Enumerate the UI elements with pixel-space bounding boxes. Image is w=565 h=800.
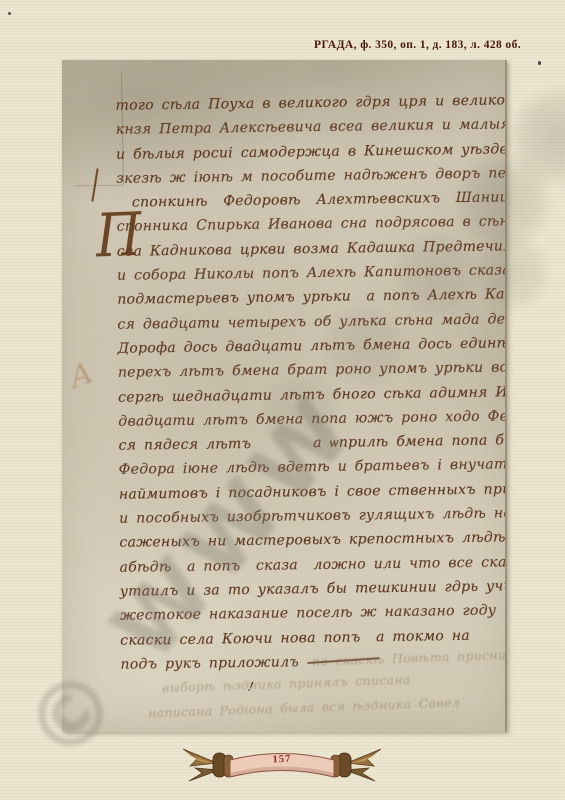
manuscript-text: того сѣла Поуха в великого гдря цря и ве… xyxy=(115,89,507,676)
manuscript-page: П А того сѣла Поуха в великого гдря цря … xyxy=(62,60,507,732)
dust-speck xyxy=(538,61,541,65)
archive-reference: РГАДА, ф. 350, оп. 1, д. 183, л. 428 об. xyxy=(314,39,521,51)
bleedthrough-line: написана Родіона была вся ѣздника Савел xyxy=(148,695,460,721)
watermark-blob xyxy=(506,82,565,192)
dust-speck xyxy=(8,12,11,15)
page-number-ribbon: 157 xyxy=(177,740,387,786)
margin-faint-mark: А xyxy=(65,355,97,395)
ribbon-tail-icon xyxy=(347,749,381,766)
scanned-document: РГАДА, ф. 350, оп. 1, д. 183, л. 428 об.… xyxy=(0,0,565,800)
ribbon-tail-icon xyxy=(183,749,217,766)
page-number: 157 xyxy=(272,754,291,766)
